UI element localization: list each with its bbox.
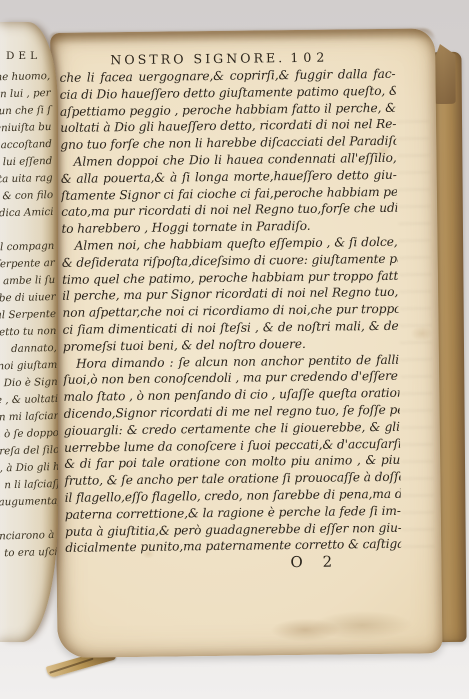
text-line-fragment: e Dio è Sign (0, 374, 58, 393)
text-line-fragment: ce , & uoltati (0, 391, 58, 410)
text-line-fragment: arebbe di uiuer (0, 289, 56, 308)
text-line-fragment: dannato, (11, 340, 57, 358)
text-line-fragment: , noi giuſtam (0, 357, 57, 376)
text-line-fragment: a con lui , per (0, 85, 51, 104)
text-line-fragment: al Serpente (0, 306, 56, 324)
text-line-fragment: on mi laſciar (0, 408, 58, 427)
text-block: che li facea uergognare,& coprirſi,& fug… (59, 66, 401, 562)
text-line-fragment: ripreſa del ſilo (0, 442, 58, 461)
text-line-fragment: to, à Dio gli h (0, 459, 58, 478)
running-header-left: DEL (6, 50, 41, 62)
book-page-verso-edge: DEL come huomo,a con lui , pert con un c… (0, 22, 58, 642)
paragraph: Almen doppoi che Dio li hauea condennati… (60, 150, 397, 238)
text-line-fragment: oche accoſtand (0, 136, 52, 155)
text-line-fragment: n li laſciaſſ (4, 476, 58, 494)
text-line: dicialmente punito,ma paternamente corre… (65, 536, 401, 557)
text-line-fragment: e da lui eſſend (0, 153, 52, 172)
gathering-signature-mark: O 2 (290, 553, 332, 572)
paragraph: Hora dimando : ſe alcun non anchor penti… (63, 351, 401, 557)
text-line-fragment: detto tu non (0, 323, 57, 342)
text-line-fragment: e augumenta, (0, 493, 58, 512)
text-line-fragment: nte & con filo (0, 187, 53, 206)
running-header-title: NOSTRO SIGNORE. (110, 50, 285, 67)
text-line-fragment: l ſerpente ar (0, 255, 55, 274)
text-line-fragment: come huomo, (0, 68, 50, 87)
book-photograph: NOSTRO SIGNORE. 102 che li facea uergogn… (0, 0, 469, 699)
page-number: 102 (290, 50, 329, 65)
text-line-fragment: ci dica Amici (0, 204, 54, 223)
ink-showthrough (397, 120, 434, 558)
text-line-fragment: e ambe li ſu (0, 272, 55, 290)
book-page-recto: NOSTRO SIGNORE. 102 che li facea uergogn… (50, 28, 443, 658)
paragraph: che li facea uergognare,& coprirſi,& fug… (59, 66, 396, 154)
text-line-fragment: queſta uita rag (0, 170, 53, 189)
text-line-fragment: ra, ò ſe doppo (0, 425, 58, 444)
paragraph: Almen noi, che habbiam queſto eſſempio ,… (62, 234, 399, 356)
text-line-fragment: ſo'l compagn (0, 238, 55, 257)
text-line-fragment: to era uſcit (4, 544, 58, 562)
text-line-fragment: inciarono à ſ (0, 527, 58, 546)
left-page-text-fragments: come huomo,a con lui , pert con un che ſ… (0, 68, 58, 563)
text-line-fragment: t con un che ſi ſ (0, 102, 51, 121)
